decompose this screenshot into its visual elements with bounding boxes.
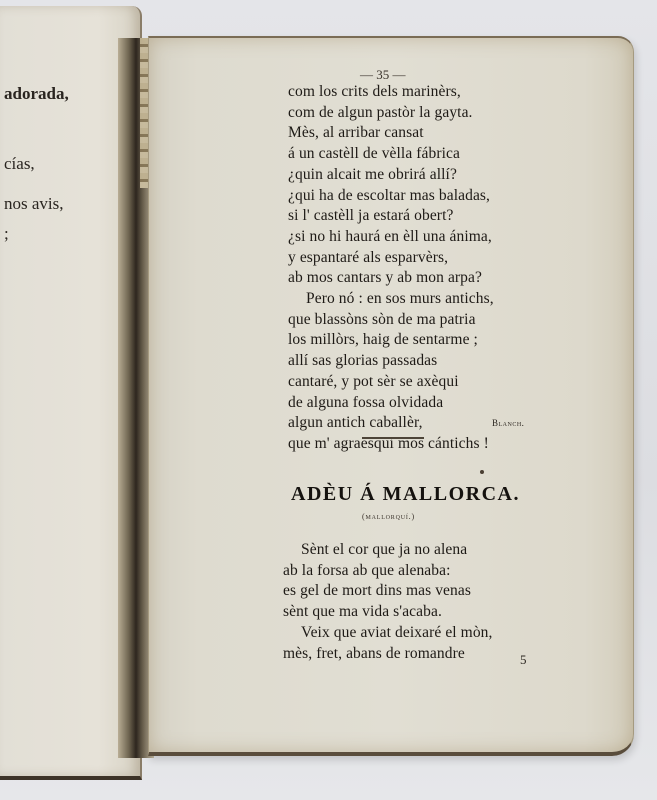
poem-line: sènt que ma vida s'acaba. <box>283 602 493 623</box>
poem-line: algun antich caballèr, <box>288 413 494 434</box>
poem-title: ADÈU Á MALLORCA. <box>291 483 520 506</box>
poem-line: los millòrs, haig de sentarme ; <box>288 330 494 351</box>
poem-line: de alguna fossa olvidada <box>288 393 494 414</box>
poem-second-section: Sènt el cor que ja no alena ab la forsa … <box>283 540 493 664</box>
poem-line: ab mos cantars y ab mon arpa? <box>288 268 494 289</box>
poem-subtitle: (mallorquí.) <box>362 512 415 521</box>
poem-first-section: com los crits dels marinèrs, com de algu… <box>288 82 494 455</box>
left-page-fragment: nos avis, <box>4 194 64 214</box>
section-divider <box>362 437 424 439</box>
poem-line: Sènt el cor que ja no alena <box>283 540 493 561</box>
poem-line: ¿si no hi haurá en èll una ánima, <box>288 227 494 248</box>
page-number: — 35 — <box>360 67 406 83</box>
poem-line: com los crits dels marinèrs, <box>288 82 494 103</box>
poem-line: ab la forsa ab que alenaba: <box>283 561 493 582</box>
signature-mark: 5 <box>520 652 527 668</box>
poem-line: y espantaré als esparvèrs, <box>288 248 494 269</box>
poem-line: mès, fret, abans de romandre <box>283 644 493 665</box>
author-attribution: Blanch. <box>492 418 524 428</box>
poem-line: que blassòns sòn de ma patria <box>288 310 494 331</box>
poem-line: com de algun pastòr la gayta. <box>288 103 494 124</box>
poem-line: cantaré, y pot sèr se axèqui <box>288 372 494 393</box>
poem-line: Veix que aviat deixaré el mòn, <box>283 623 493 644</box>
poem-line: ¿quin alcait me obrirá allí? <box>288 165 494 186</box>
poem-line: allí sas glorias passadas <box>288 351 494 372</box>
poem-line: á un castèll de vèlla fábrica <box>288 144 494 165</box>
left-page-fragment: adorada, <box>4 84 69 104</box>
ink-spot <box>480 470 484 474</box>
left-page-fragment: ; <box>4 224 9 244</box>
left-page-fragment: cías, <box>4 154 35 174</box>
poem-line: Mès, al arribar cansat <box>288 123 494 144</box>
poem-line: ¿qui ha de escoltar mas baladas, <box>288 186 494 207</box>
poem-line: es gel de mort dins mas venas <box>283 581 493 602</box>
poem-line: Pero nó : en sos murs antichs, <box>288 289 494 310</box>
poem-line: si l' castèll ja estará obert? <box>288 206 494 227</box>
